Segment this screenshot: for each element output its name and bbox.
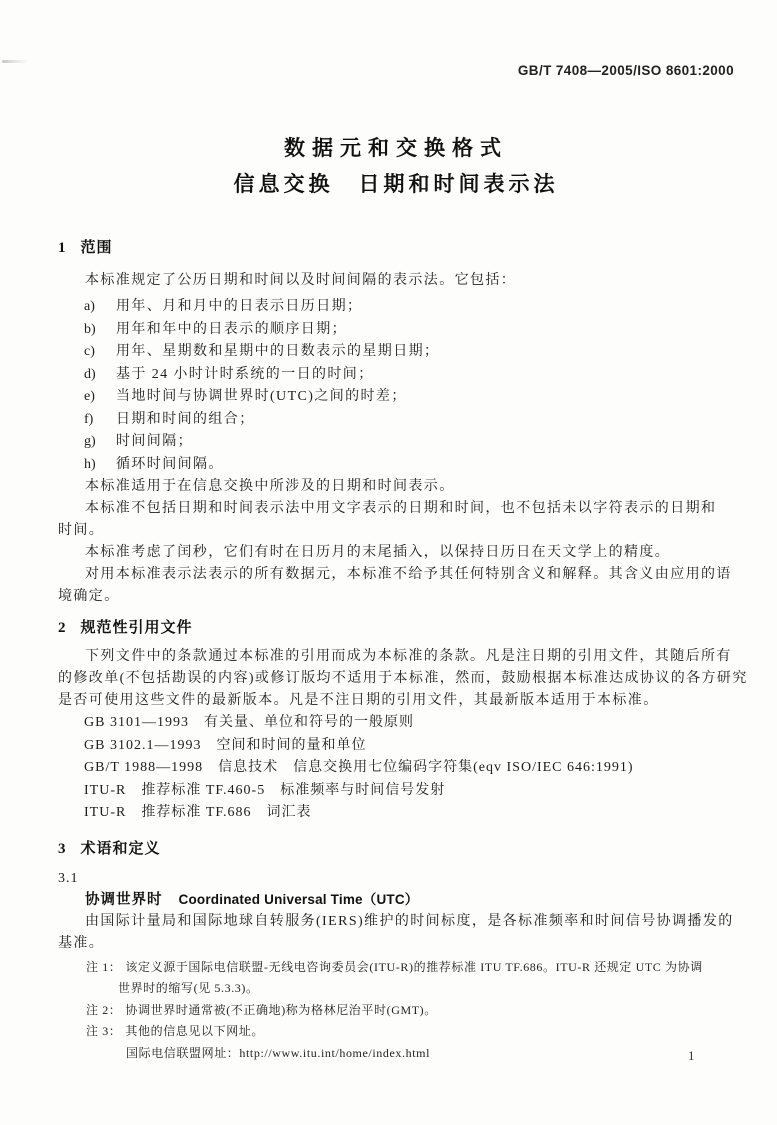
note-3-label: 注 3： — [86, 1024, 121, 1038]
scope-list: a)用年、月和月中的日表示日历日期； b)用年和年中的日表示的顺序日期； c)用… — [58, 296, 734, 476]
list-item-g-label: g) — [84, 431, 116, 454]
section-3-title: 术语和定义 — [81, 841, 161, 857]
section-1-title: 范围 — [81, 240, 113, 256]
clause-number: 3.1 — [58, 869, 734, 889]
list-item-e-text: 当地时间与协调世界时(UTC)之间的时差； — [116, 389, 407, 404]
list-item-h-label: h) — [84, 454, 116, 477]
s2-paragraph-line2: 的修改单(不包括勘误的内容)或修订版均不适用于本标准，然而，鼓励根据本标准达成协… — [58, 668, 734, 690]
document-title-line2: 信息交换 日期和时间表示法 — [58, 170, 734, 198]
list-item-a-label: a) — [84, 296, 116, 319]
note-1-text-1: 该定义源于国际电信联盟-无线电咨询委员会(ITU-R)的推荐标准 ITU TF.… — [125, 960, 702, 974]
list-item-b-text: 用年和年中的日表示的顺序日期； — [116, 322, 347, 337]
term-chinese: 协调世界时 — [85, 892, 163, 908]
page-content: GB/T 7408—2005/ISO 8601:2000 数据元和交换格式 信息… — [58, 0, 734, 1064]
reference-itur-tf686: ITU-R 推荐标准 TF.686 词汇表 — [58, 802, 734, 825]
section-1-intro: 本标准规定了公历日期和时间以及时间间隔的表示法。它包括： — [58, 270, 734, 292]
section-3-number: 3 — [58, 839, 67, 859]
list-item-f: f)日期和时间的组合； — [58, 409, 734, 432]
note-2-label: 注 2： — [86, 1003, 121, 1017]
section-1-heading: 1范围 — [58, 238, 734, 258]
section-2-heading: 2规范性引用文件 — [58, 618, 734, 638]
paragraph-scope: 本标准适用于在信息交换中所涉及的日期和时间表示。 — [58, 476, 734, 498]
list-item-h: h)循环时间间隔。 — [58, 454, 734, 477]
note-3-line: 注 3：其他的信息见以下网址。 — [58, 1021, 734, 1043]
list-item-e-label: e) — [84, 386, 116, 409]
list-item-d-text: 基于 24 小时计时系统的一日的时间； — [116, 367, 374, 382]
note-1-label: 注 1： — [86, 960, 121, 974]
note-3-text: 其他的信息见以下网址。 — [125, 1024, 264, 1038]
section-3-heading: 3术语和定义 — [58, 839, 734, 859]
list-item-a: a)用年、月和月中的日表示日历日期； — [58, 296, 734, 319]
list-item-d: d)基于 24 小时计时系统的一日的时间； — [58, 364, 734, 387]
list-item-b-label: b) — [84, 319, 116, 342]
scan-artifact — [2, 60, 28, 63]
term-definition-line: 协调世界时Coordinated Universal Time（UTC） — [58, 889, 734, 911]
note-2-text: 协调世界时通常被(不正确地)称为格林尼治平时(GMT)。 — [125, 1003, 436, 1017]
reference-gb3101: GB 3101—1993 有关量、单位和符号的一般原则 — [58, 712, 734, 735]
list-item-e: e)当地时间与协调世界时(UTC)之间的时差； — [58, 386, 734, 409]
definition-line2: 基准。 — [58, 933, 734, 955]
s2-paragraph-line1: 下列文件中的条款通过本标准的引用而成为本标准的条款。凡是注日期的引用文件，其随后… — [58, 646, 734, 668]
standard-code-header: GB/T 7408—2005/ISO 8601:2000 — [58, 62, 734, 80]
list-item-c: c)用年、星期数和星期中的日数表示的星期日期； — [58, 341, 734, 364]
section-2-number: 2 — [58, 618, 67, 638]
note-1-line-1: 注 1：该定义源于国际电信联盟-无线电咨询委员会(ITU-R)的推荐标准 ITU… — [58, 957, 734, 979]
list-item-g-text: 时间间隔； — [116, 434, 193, 449]
normative-references-paragraph: 下列文件中的条款通过本标准的引用而成为本标准的条款。凡是注日期的引用文件，其随后… — [58, 646, 734, 712]
s2-paragraph-line3: 是否可使用这些文件的最新版本。凡是不注日期的引用文件，其最新版本适用于本标准。 — [58, 690, 734, 712]
paragraph-exclude-line2: 时间。 — [58, 520, 734, 542]
reference-list: GB 3101—1993 有关量、单位和符号的一般原则 GB 3102.1—19… — [58, 712, 734, 825]
section-2-title: 规范性引用文件 — [81, 620, 193, 636]
paragraph-leap-second: 本标准考虑了闰秒，它们有时在日历月的末尾插入，以保持日历日在天文学上的精度。 — [58, 542, 734, 564]
reference-gb3102: GB 3102.1—1993 空间和时间的量和单位 — [58, 735, 734, 758]
list-item-b: b)用年和年中的日表示的顺序日期； — [58, 319, 734, 342]
list-item-f-label: f) — [84, 409, 116, 432]
list-item-c-label: c) — [84, 341, 116, 364]
list-item-d-label: d) — [84, 364, 116, 387]
term-english: Coordinated Universal Time（UTC） — [179, 892, 419, 907]
list-item-h-text: 循环时间间隔。 — [116, 457, 224, 472]
paragraph-exclude-line1: 本标准不包括日期和时间表示法中用文字表示的日期和时间，也不包括未以字符表示的日期… — [58, 498, 734, 520]
note-2-line: 注 2：协调世界时通常被(不正确地)称为格林尼治平时(GMT)。 — [58, 1000, 734, 1022]
notes-block: 注 1：该定义源于国际电信联盟-无线电咨询委员会(ITU-R)的推荐标准 ITU… — [58, 957, 734, 1065]
section-1-number: 1 — [58, 238, 67, 258]
paragraph-meaning-line2: 境确定。 — [58, 586, 734, 608]
list-item-c-text: 用年、星期数和星期中的日数表示的星期日期； — [116, 344, 439, 359]
page-number: 1 — [688, 1048, 695, 1064]
list-item-f-text: 日期和时间的组合； — [116, 412, 255, 427]
document-page: GB/T 7408—2005/ISO 8601:2000 数据元和交换格式 信息… — [0, 0, 777, 1125]
reference-gbt1988: GB/T 1988—1998 信息技术 信息交换用七位编码字符集(eqv ISO… — [58, 757, 734, 780]
note-1-line-2: 世界时的缩写(见 5.3.3)。 — [58, 978, 734, 1000]
note-3-url-line: 国际电信联盟网址：http://www.itu.int/home/index.h… — [58, 1043, 734, 1065]
definition-line1: 由国际计量局和国际地球自转服务(IERS)维护的时间标度，是各标准频率和时间信号… — [58, 911, 734, 933]
paragraph-meaning-line1: 对用本标准表示法表示的所有数据元，本标准不给予其任何特别含义和解释。其含义由应用… — [58, 564, 734, 586]
reference-itur-tf460: ITU-R 推荐标准 TF.460-5 标准频率与时间信号发射 — [58, 780, 734, 803]
document-title-line1: 数据元和交换格式 — [58, 134, 734, 162]
list-item-a-text: 用年、月和月中的日表示日历日期； — [116, 299, 362, 314]
list-item-g: g)时间间隔； — [58, 431, 734, 454]
